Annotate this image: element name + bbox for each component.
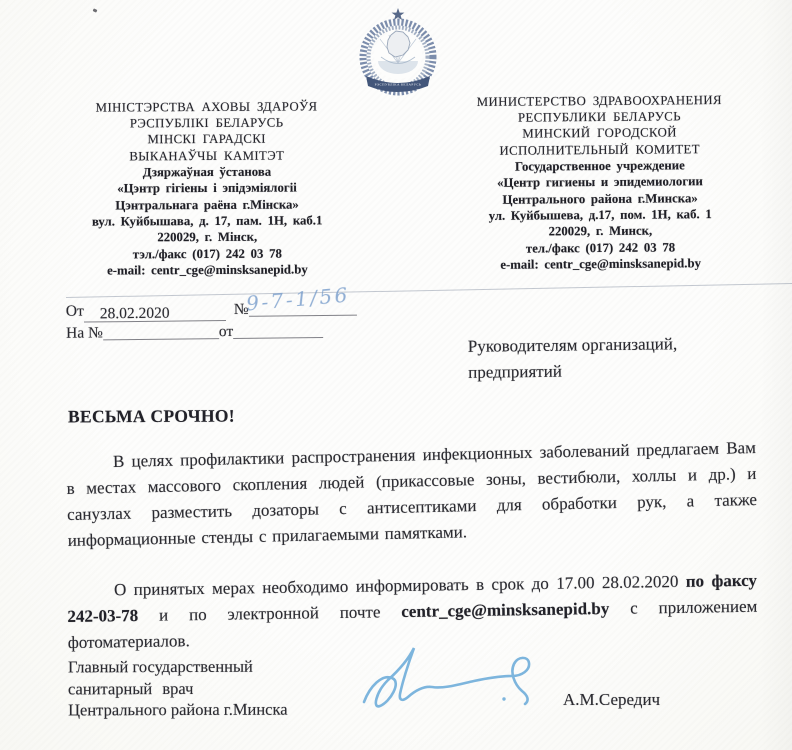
scan-fold-line: [66, 283, 792, 298]
scanned-letter-page: РЭСПУБЛІКА БЕЛАРУСЬ МІНІСТЭРСТВА АХОВЫ З…: [0, 0, 792, 750]
signer-title-line: Главный государственный: [68, 656, 288, 678]
scan-speck: [93, 8, 98, 12]
outgoing-date: 28.02.2020: [84, 305, 170, 323]
addressee-line: предприятий: [468, 356, 768, 386]
addressee-line: Руководителям организаций,: [468, 330, 768, 360]
belarus-coat-of-arms: РЭСПУБЛІКА БЕЛАРУСЬ: [351, 5, 445, 99]
body-paragraph-1: В целях профилактики распространения инф…: [66, 435, 758, 554]
org-phone-line: тэл./факс (017) 242 03 78: [57, 245, 357, 263]
signer-name: А.М.Середич: [563, 690, 660, 710]
ministry-line: МІНСКІ ГАРАДСКІ: [57, 131, 357, 149]
ministry-line: МІНІСТЭРСТВА АХОВЫ ЗДАРОЎЯ: [57, 98, 357, 116]
reply-date-label: от: [219, 323, 234, 341]
ministry-line: МИНИСТЕРСТВО ЗДРАВООХРАНЕНИЯ: [427, 92, 771, 111]
reply-date-underline: [233, 321, 323, 339]
emblem-ribbon-text: РЭСПУБЛІКА БЕЛАРУСЬ: [375, 83, 422, 87]
signer-title-line: санитарный врач: [68, 677, 288, 699]
org-line: Цэнтральнага раёна г.Мінска»: [57, 196, 357, 214]
ministry-line: ВЫКАНАЎЧЫ КАМІТЭТ: [57, 147, 357, 165]
incoming-row: На №от: [66, 320, 396, 345]
email-address-text: centr_cge@minsksanepid.by: [401, 599, 609, 621]
org-line: «Цэнтр гігіены і эпідэміялогіі: [57, 179, 357, 197]
org-address-line: вул. Куйбышава, д. 17, пам. 1Н, каб.1: [57, 212, 357, 230]
date-underline: 28.02.2020: [84, 304, 226, 322]
org-line: Дзяржаўная ўстанова: [57, 163, 357, 181]
signer-title-block: Главный государственный санитарный врач …: [68, 656, 288, 721]
org-address-line: 220029, г. Мінск,: [57, 229, 357, 247]
reply-label: На №: [66, 324, 103, 342]
paragraph2-text: О принятых мерах необходимо информироват…: [114, 572, 686, 599]
addressee-block: Руководителям организаций, предприятий: [468, 330, 769, 386]
emblem-star-icon: [392, 8, 405, 20]
letterhead-left-column: МІНІСТЭРСТВА АХОВЫ ЗДАРОЎЯ РЭСПУБЛІКІ БЕ…: [57, 98, 358, 279]
ministry-line: РЭСПУБЛІКІ БЕЛАРУСЬ: [57, 114, 357, 132]
from-label: От: [66, 303, 84, 321]
reply-number-underline: [103, 322, 219, 340]
org-email-line: e-mail: centr_cge@minsksanepid.by: [429, 255, 773, 274]
handwritten-signature: [352, 636, 567, 721]
urgency-heading: ВЕСЬМА СРОЧНО!: [68, 406, 235, 428]
paragraph2-text: и по электронной почте: [138, 602, 401, 625]
signer-title-line: Центрального района г.Минска: [68, 699, 288, 721]
org-email-line: e-mail: centr_cge@minsksanepid.by: [57, 261, 357, 279]
letterhead-right-column: МИНИСТЕРСТВО ЗДРАВООХРАНЕНИЯ РЕСПУБЛИКИ …: [427, 92, 772, 274]
